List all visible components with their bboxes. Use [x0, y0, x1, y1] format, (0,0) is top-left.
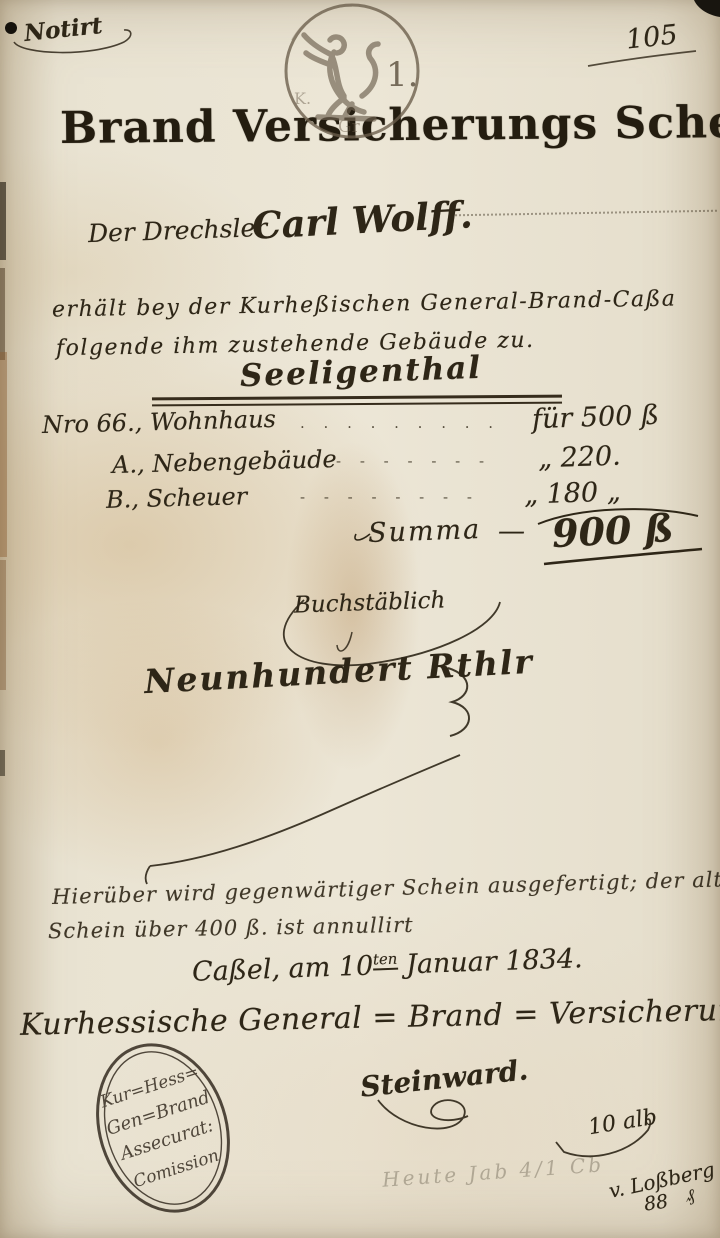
- clerk-mark: ₰: [684, 1185, 696, 1206]
- ink-blot: [5, 22, 17, 34]
- summa-label: Summa: [367, 514, 481, 549]
- recipient-prefix: Der Drechsler: [88, 213, 268, 248]
- pencil-note: Heute Jab 4/1 Cb: [381, 1152, 604, 1191]
- dateline: Caßel, am 10ten Januar 1834.: [192, 943, 584, 988]
- item-value: für 500 ß: [531, 400, 659, 435]
- clerk-number: 88: [643, 1190, 670, 1215]
- oval-stamp-line-1: Kur=Hess=: [97, 1062, 201, 1113]
- note-line-1: Hierüber wird gegenwärtiger Schein ausge…: [52, 867, 720, 909]
- edge-ink-mark: [0, 182, 6, 260]
- place-heading: Seeligenthal: [239, 350, 482, 394]
- summa-value: 900 ß: [551, 505, 675, 556]
- summa-dash: —: [498, 516, 525, 547]
- item-label: B., Scheuer: [106, 482, 248, 514]
- edge-stain-mark: [0, 352, 7, 557]
- item-leader: - - - - - - -: [336, 452, 491, 470]
- oval-stamp-line-2: Gen=Brand: [104, 1087, 213, 1140]
- flourish-layer: 1. K. Gr Kur=Hess= Gen=Brand Assecurat: …: [0, 0, 720, 1238]
- dateline-ordinal: ten: [373, 950, 398, 971]
- item-leader: - - - - - - - -: [300, 488, 479, 506]
- item-label: A., Nebengebäude: [112, 445, 337, 479]
- fee-note: 10 alb: [586, 1105, 658, 1141]
- in-words-label: Buchstäblich: [294, 587, 446, 618]
- document-title: Brand Versicherungs Schein.: [60, 97, 720, 154]
- edge-ink-mark: [0, 268, 5, 360]
- place-underline: [152, 395, 562, 407]
- page-number: 105: [625, 19, 680, 55]
- corner-ink-blob: [694, 0, 720, 17]
- item-leader: . . . . . . . . .: [300, 414, 500, 432]
- in-words-text: Neunhundert Rthlr: [143, 642, 534, 701]
- note-line-2: Schein über 400 ß. ist annullirt: [48, 913, 414, 943]
- signature-flourish: [378, 1100, 468, 1129]
- fee-stamp-number: 1.: [386, 55, 418, 95]
- edge-ink-mark: [0, 750, 5, 776]
- item-value: „ 180 „: [523, 476, 621, 510]
- issuer-line: Kurhessische General = Brand = Versicher…: [20, 988, 720, 1043]
- edge-stain-mark: [0, 560, 6, 690]
- signature: Steinward.: [359, 1053, 530, 1103]
- item-value: „ 220.: [537, 441, 621, 475]
- recipient-name: Carl Wolff.: [251, 192, 474, 247]
- item-label: Nro 66., Wohnhaus: [42, 405, 277, 439]
- notation-text: Notirt: [23, 12, 104, 47]
- body-line-1: erhält bey der Kurheßischen General-Bran…: [52, 287, 677, 323]
- page-swash: [146, 755, 460, 884]
- dateline-prefix: Caßel, am 10: [192, 951, 374, 988]
- oval-stamp-line-3: Assecurat:: [116, 1115, 216, 1165]
- dateline-suffix: Januar 1834.: [397, 943, 583, 980]
- in-words-label-descender: [337, 632, 352, 651]
- oval-stamp-line-4: Comission: [131, 1146, 222, 1192]
- oval-commission-stamp-icon: Kur=Hess= Gen=Brand Assecurat: Comission: [77, 1028, 249, 1229]
- fill-in-dotted-line: [455, 210, 717, 217]
- document-page: Notirt 105 Brand Versicherungs Schein. D…: [0, 0, 720, 1238]
